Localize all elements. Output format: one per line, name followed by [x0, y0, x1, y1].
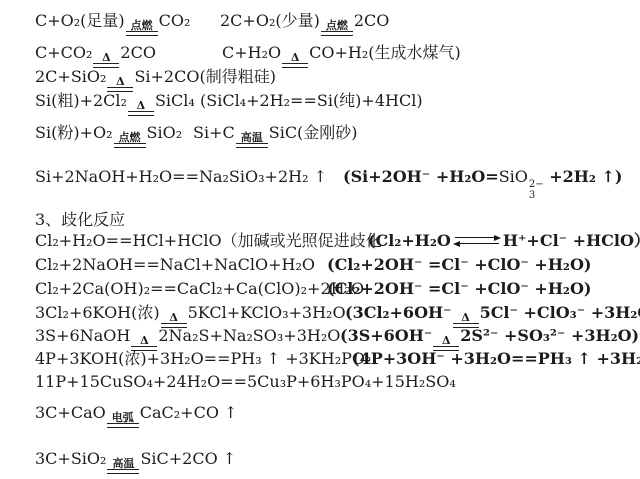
condition-label: 电弧: [107, 412, 139, 423]
eq-cl2-caoh2-ionic: (Cl₂+2OH⁻ =Cl⁻ +ClO⁻ +H₂O): [327, 278, 591, 299]
eq-chlorine-naoh: Cl₂+2NaOH==NaCl+NaClO+H₂O(Cl₂+2OH⁻ =Cl⁻ …: [35, 254, 636, 275]
equation-text: 2C+SiO₂: [35, 67, 106, 86]
eq-sicl4-h2: (SiCl₄+2H₂==Si(纯)+4HCl): [200, 90, 423, 111]
eq-chlorine-lime: Cl₂+2Ca(OH)₂==CaCl₂+Ca(ClO)₂+2H₂O(Cl₂+2O…: [35, 278, 636, 299]
condition-label: 高温: [236, 132, 268, 143]
equation-text: Si+2NaOH+H₂O==Na₂SiO₃+2H₂ ↑: [35, 167, 327, 186]
equation-text: Cl₂+H₂O==HCl+HClO（加碱或光照促进歧化：: [35, 231, 398, 250]
eq-carbon-co2-water: C+CO₂Δ2COC+H₂OΔCO+H₂(生成水煤气): [35, 42, 636, 63]
equation-text: CaC₂+CO ↑: [140, 403, 238, 422]
section-heading: 3、歧化反应: [35, 209, 125, 230]
eq-silicon-combustion-carbide: Si(粉)+O₂点燃SiO₂Si+C高温SiC(金刚砂): [35, 122, 636, 143]
equation-text: Si(粉)+O₂: [35, 123, 113, 142]
eq-cl2-h2o-molecular: Cl₂+H₂O==HCl+HClO（加碱或光照促进歧化：: [35, 230, 368, 251]
equation-text: (Si+2OH⁻ +H₂O=: [343, 167, 499, 186]
eq-si-cl2: Si(粗)+2Cl₂ΔSiCl₄: [35, 90, 200, 119]
eq-3c-cao: 3C+CaO电弧CaC₂+CO ↑: [35, 402, 237, 431]
equation-text: 5Cl⁻ +ClO₃⁻ +3H₂O): [480, 303, 640, 322]
eq-phosphorus-koh: 4P+3KOH(浓)+3H₂O==PH₃ ↑ +3KH₂PO₂(4P+3OH⁻ …: [35, 348, 636, 369]
equation-text: Si+2CO(制得粗硅): [134, 67, 276, 86]
equation-text: 3C+SiO₂: [35, 449, 106, 468]
eq-si-c: Si+C高温SiC(金刚砂): [193, 122, 358, 151]
eq-4p-koh-molecular: 4P+3KOH(浓)+3H₂O==PH₃ ↑ +3KH₂PO₂: [35, 348, 352, 369]
condition-label: Δ: [131, 335, 157, 346]
condition-label: 高温: [107, 458, 139, 469]
condition-label: Δ: [161, 312, 187, 323]
equation-text: SiC+2CO ↑: [140, 449, 236, 468]
eq-chlorine-hot-koh: 3Cl₂+6KOH(浓)Δ5KCl+KClO₃+3H₂O(3Cl₂+6OH⁻Δ5…: [35, 302, 636, 323]
equation-text: (Cl₂+H₂O: [368, 231, 451, 250]
eq-cl2-naoh-molecular: Cl₂+2NaOH==NaCl+NaClO+H₂O: [35, 254, 327, 275]
condition-label: Δ: [453, 312, 479, 323]
equation-text: CO+H₂(生成水煤气): [309, 43, 461, 62]
eq-sulfur-naoh: 3S+6NaOHΔ2Na₂S+Na₂SO₃+3H₂O(3S+6OH⁻Δ2S²⁻ …: [35, 325, 636, 346]
equation-text: 2Na₂S+Na₂SO₃+3H₂O: [158, 326, 340, 345]
equation-text: C+CO₂: [35, 43, 92, 62]
condition-label: Δ: [128, 100, 154, 111]
equation-text: Si(粗)+2Cl₂: [35, 91, 127, 110]
equation-text: 2C+O₂(少量): [220, 11, 320, 30]
eq-4p-koh-ionic: (4P+3OH⁻ +3H₂O==PH₃ ↑ +3H₂PO₂⁻ ): [352, 348, 640, 369]
equation-text: C+O₂(足量): [35, 11, 125, 30]
equation-text: H⁺+Cl⁻ +HClO）: [503, 231, 640, 250]
equation-text: CO₂: [159, 11, 191, 30]
reaction-condition-over-equals: 点燃: [114, 132, 146, 151]
eq-calcium-carbide: 3C+CaO电弧CaC₂+CO ↑: [35, 402, 636, 423]
reaction-condition-over-equals: 点燃: [321, 20, 353, 39]
condition-label: Δ: [107, 76, 133, 87]
condition-label: 点燃: [126, 20, 158, 31]
stacked-scripts: 2−3: [529, 180, 544, 201]
eq-cl2-naoh-ionic: (Cl₂+2OH⁻ =Cl⁻ +ClO⁻ +H₂O): [327, 254, 591, 275]
equation-text: +2H₂ ↑): [544, 167, 623, 186]
equation-text: 3Cl₂+6KOH(浓): [35, 303, 160, 322]
condition-label: Δ: [433, 335, 459, 346]
equation-text: C+H₂O: [222, 43, 281, 62]
eq-si-naoh-molecular: Si+2NaOH+H₂O==Na₂SiO₃+2H₂ ↑: [35, 166, 343, 187]
condition-label: Δ: [282, 52, 308, 63]
reaction-condition-over-equals: 电弧: [107, 412, 139, 431]
equation-text: (3S+6OH⁻: [340, 326, 432, 345]
equation-text: 3、歧化反应: [35, 210, 125, 229]
equation-text: 2CO: [120, 43, 156, 62]
chemistry-notes-document: C+O₂(足量)点燃CO₂2C+O₂(少量)点燃2COC+CO₂Δ2COC+H₂…: [0, 0, 640, 479]
equation-text: 4P+3KOH(浓)+3H₂O==PH₃ ↑ +3KH₂PO₂: [35, 349, 371, 368]
equation-text: SiC(金刚砂): [269, 123, 358, 142]
reaction-condition-over-equals: 高温: [236, 132, 268, 151]
ion-with-stacked-scripts: SiO2−3: [499, 166, 544, 201]
condition-label: 点燃: [321, 20, 353, 31]
reaction-condition-over-equals: Δ: [282, 52, 308, 71]
reversible-arrow-icon: [454, 235, 500, 247]
equation-text: (3Cl₂+6OH⁻: [345, 303, 452, 322]
ion-formula: SiO: [499, 167, 528, 186]
reaction-condition-over-equals: Δ: [128, 100, 154, 119]
equation-text: 5KCl+KClO₃+3H₂O: [188, 303, 346, 322]
eq-phosphorus-cuso4: 11P+15CuSO₄+24H₂O==5Cu₃P+6H₃PO₄+15H₂SO₄: [35, 371, 636, 392]
equation-text: 2CO: [354, 11, 390, 30]
equation-text: Si+C: [193, 123, 235, 142]
eq-cl2-h2o-ionic: (Cl₂+H₂OH⁺+Cl⁻ +HClO）: [368, 230, 640, 251]
equation-text: (Cl₂+2OH⁻ =Cl⁻ +ClO⁻ +H₂O): [327, 279, 591, 298]
equation-text: SiO₂: [147, 123, 183, 142]
equation-text: 11P+15CuSO₄+24H₂O==5Cu₃P+6H₃PO₄+15H₂SO₄: [35, 372, 456, 391]
equation-text: 3S+6NaOH: [35, 326, 130, 345]
eq-3c-sio2: 3C+SiO₂高温SiC+2CO ↑: [35, 448, 236, 477]
reaction-condition-over-equals: 点燃: [126, 20, 158, 39]
left-arrowhead-icon: [453, 241, 460, 247]
superscript-charge: 2−: [529, 180, 544, 190]
eq-c-o2-limited: 2C+O₂(少量)点燃2CO: [220, 10, 389, 39]
eq-silicon-purification: Si(粗)+2Cl₂ΔSiCl₄(SiCl₄+2H₂==Si(纯)+4HCl): [35, 90, 636, 111]
equation-text: 2S²⁻ +SO₃²⁻ +3H₂O): [460, 326, 639, 345]
equation-text: (SiCl₄+2H₂==Si(纯)+4HCl): [200, 91, 423, 110]
eq-chlorine-water: Cl₂+H₂O==HCl+HClO（加碱或光照促进歧化：(Cl₂+H₂OH⁺+C…: [35, 230, 636, 251]
right-arrowhead-icon: [494, 235, 501, 241]
condition-label: Δ: [93, 52, 119, 63]
reaction-condition-over-equals: 高温: [107, 458, 139, 477]
equation-text: 3C+CaO: [35, 403, 106, 422]
equation-text: Cl₂+2NaOH==NaCl+NaClO+H₂O: [35, 255, 315, 274]
eq-silicon-carbide: 3C+SiO₂高温SiC+2CO ↑: [35, 448, 636, 469]
eq-cl2-caoh2-molecular: Cl₂+2Ca(OH)₂==CaCl₂+Ca(ClO)₂+2H₂O: [35, 278, 327, 299]
eq-carbon-oxygen-combustion: C+O₂(足量)点燃CO₂2C+O₂(少量)点燃2CO: [35, 10, 636, 31]
eq-11p-cuso4: 11P+15CuSO₄+24H₂O==5Cu₃P+6H₃PO₄+15H₂SO₄: [35, 371, 456, 392]
condition-label: 点燃: [114, 132, 146, 143]
eq-silicon-naoh: Si+2NaOH+H₂O==Na₂SiO₃+2H₂ ↑(Si+2OH⁻ +H₂O…: [35, 166, 636, 187]
heading-disproportionation: 3、歧化反应: [35, 209, 636, 230]
subscript-count: 3: [529, 191, 535, 201]
equation-text: SiCl₄: [155, 91, 195, 110]
equation-text: (Cl₂+2OH⁻ =Cl⁻ +ClO⁻ +H₂O): [327, 255, 591, 274]
eq-si-naoh-ionic: (Si+2OH⁻ +H₂O=SiO2−3 +2H₂ ↑): [343, 166, 622, 201]
equation-text: Cl₂+2Ca(OH)₂==CaCl₂+Ca(ClO)₂+2H₂O: [35, 279, 364, 298]
eq-c-o2-excess: C+O₂(足量)点燃CO₂: [35, 10, 220, 39]
eq-si-o2: Si(粉)+O₂点燃SiO₂: [35, 122, 193, 151]
equation-text: (4P+3OH⁻ +3H₂O==PH₃ ↑ +3H₂PO₂⁻ ): [352, 349, 640, 368]
